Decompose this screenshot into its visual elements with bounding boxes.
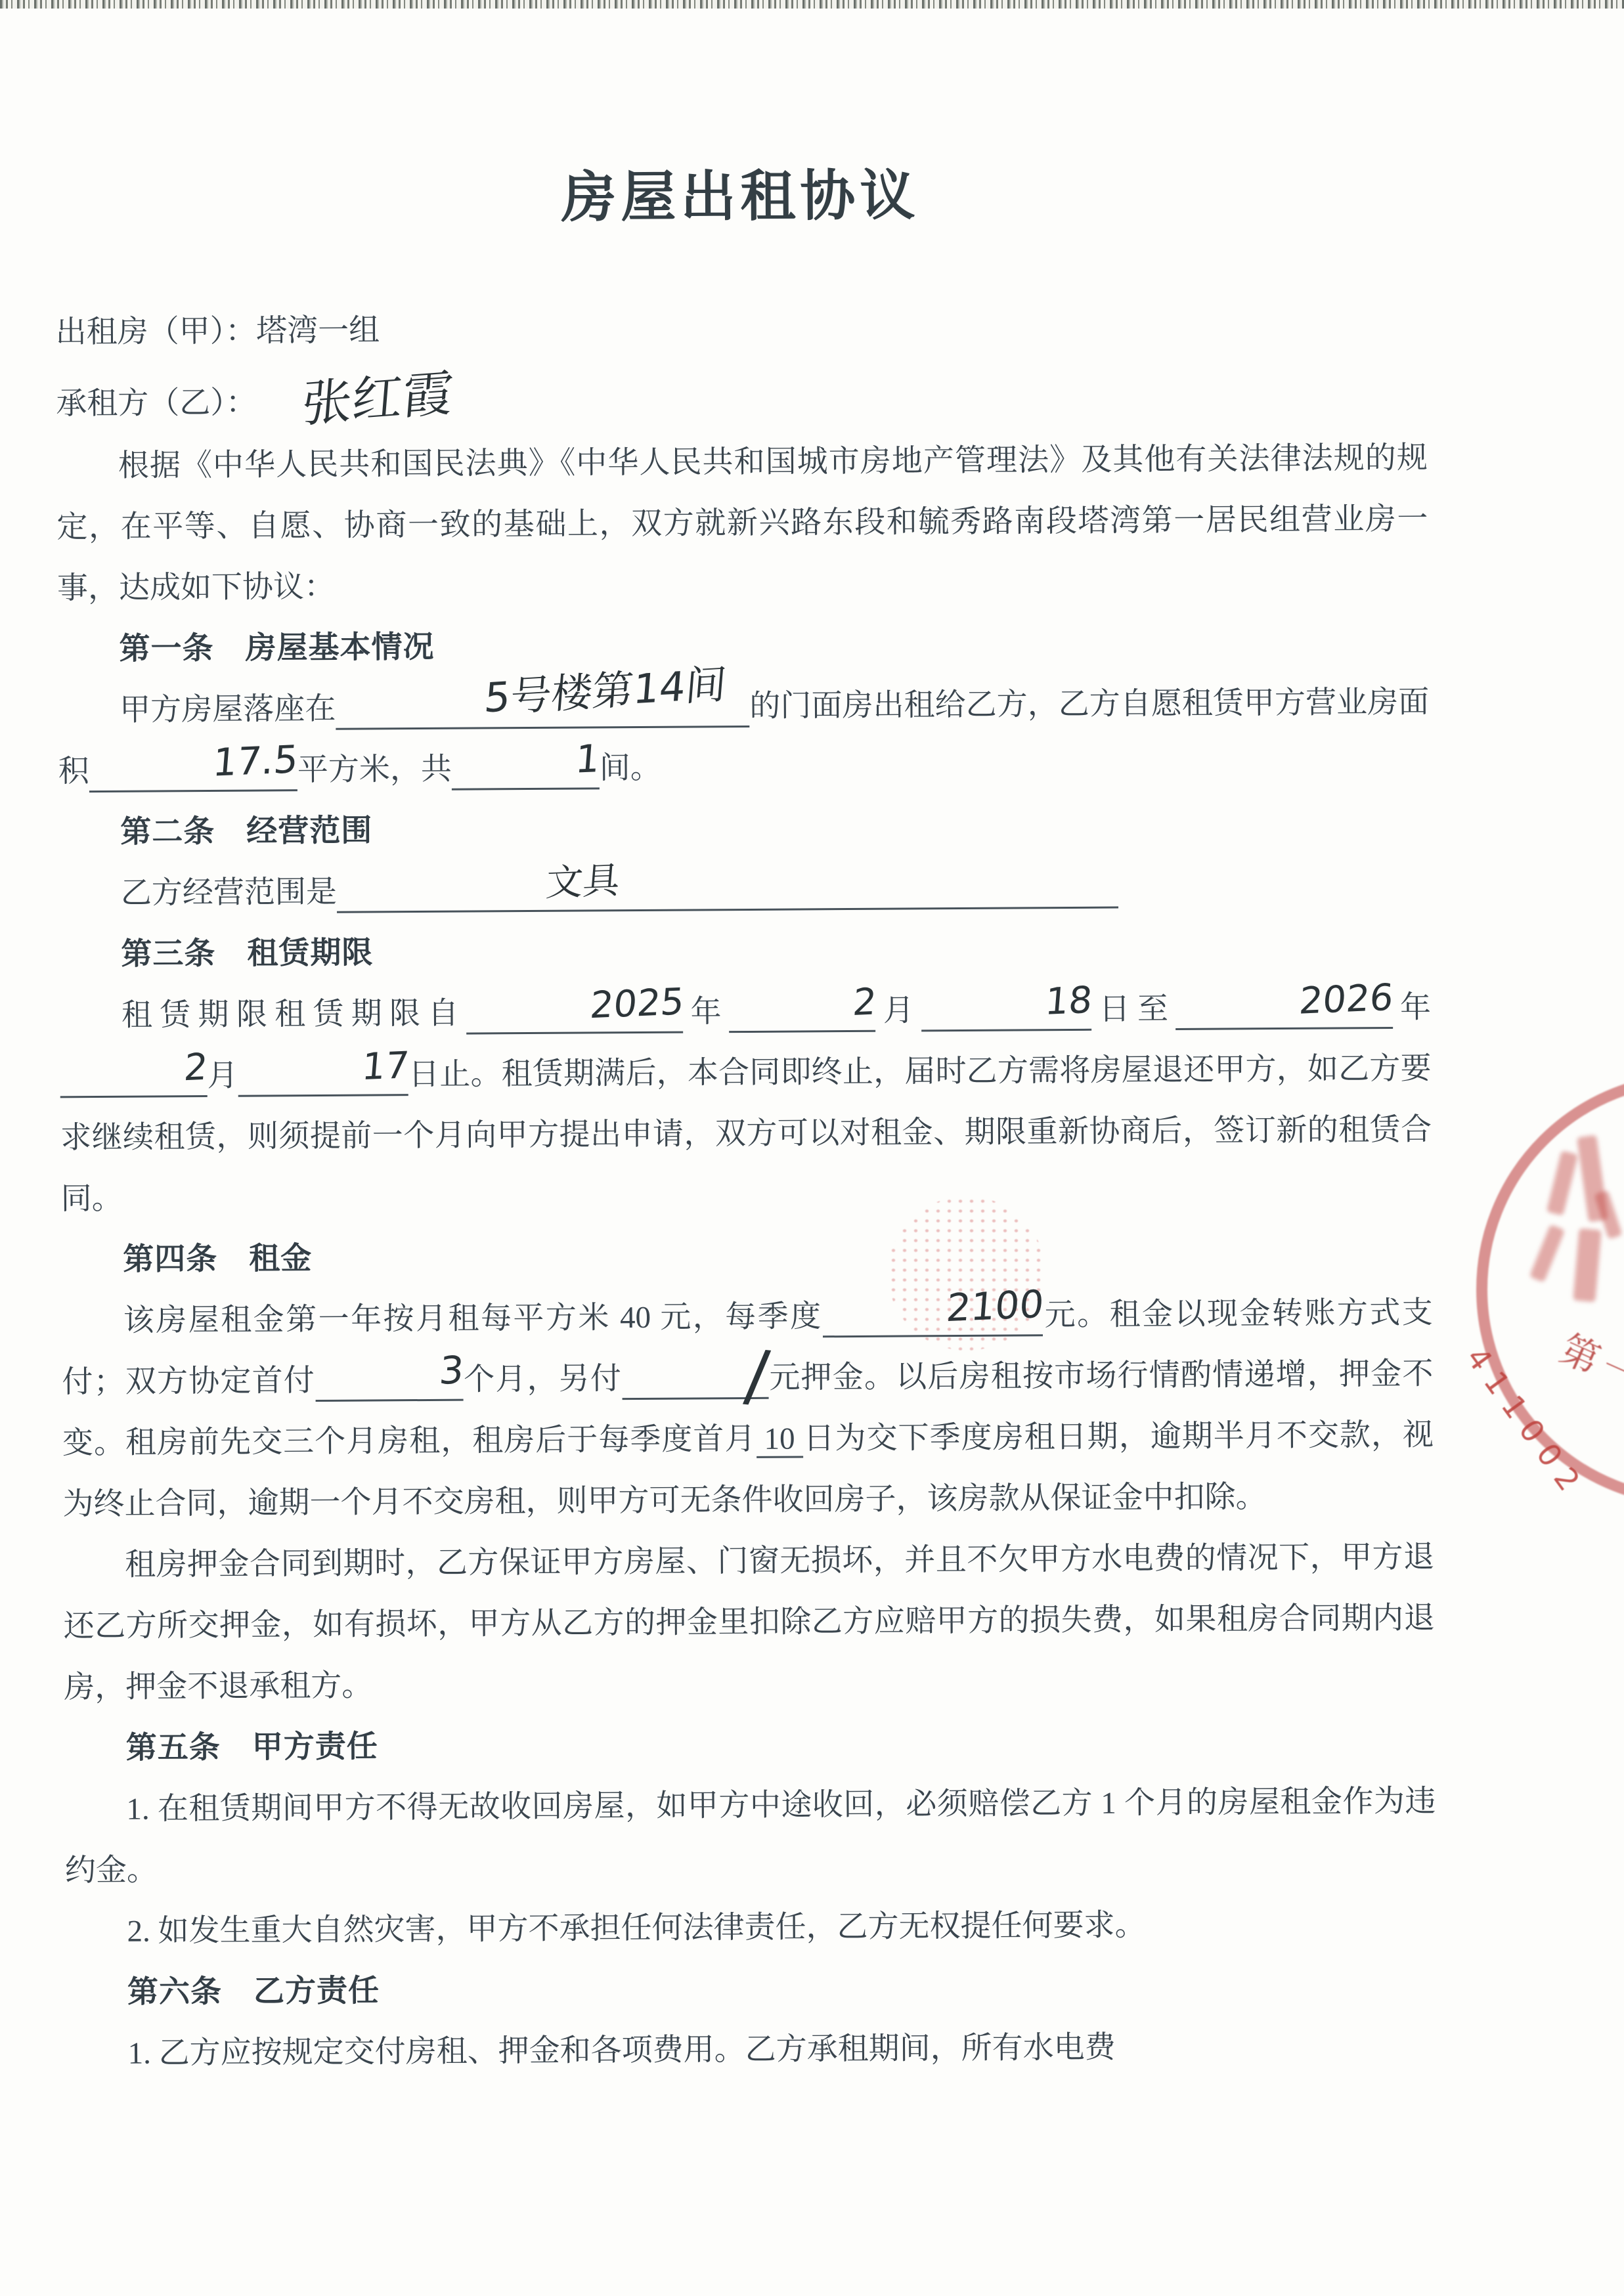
contract-body: 房屋出租协议 出租房（甲）：塔湾一组 承租方（乙）：张红霞 根据《中华人民共和国… [55,158,1437,2085]
article1-text: 甲方房屋落座在 [120,692,336,727]
article4-text: 个月，另付 [463,1362,623,1397]
article3-text: 月 [875,993,921,1028]
handwritten-area: 17.5 [150,740,300,784]
blank-start-day: 18 [921,989,1092,1032]
handwritten-end-year: 2026 [1236,979,1395,1024]
intro-paragraph: 根据《中华人民共和国民法典》《中华人民共和国城市房地产管理法》及其他有关法律法规… [56,428,1429,620]
article1-text: 平方米，共 [297,752,452,787]
article3-text: 年 [683,995,729,1029]
blank-start-year: 2025 [466,991,683,1035]
blank-end-month: 2 [60,1055,207,1098]
lessor-name: 塔湾一组 [256,313,380,348]
handwritten-start-year: 2025 [527,983,686,1028]
handwritten-end-day: 17 [299,1047,411,1089]
article5-item-2: 2. 如发生重大自然灾害，甲方不承担任何法律责任，乙方无权提任何要求。 [65,1894,1437,1963]
article3-text: 月 [207,1059,238,1093]
lessor-label: 出租房（甲）： [55,314,256,350]
article2-text: 乙方经营范围是 [121,875,337,911]
article4-paragraph-2: 租房押金合同到期时，乙方保证甲方房屋、门窗无损坏，并且不欠甲方水电费的情况下，甲… [63,1527,1436,1719]
handwritten-prepaid-months: 3 [376,1351,465,1392]
handwritten-room-count: 1 [512,739,602,781]
article1-paragraph: 甲方房屋落座在5号楼第14间的门面房出租给乙方，乙方自愿租赁甲方营业房面积17.… [58,672,1430,803]
page-title: 房屋出租协议 [55,158,1426,238]
blank-room-count: 1 [452,746,600,790]
article5-item-1: 1. 在租赁期间甲方不得无故收回房屋，如甲方中途收回，必须赔偿乙方 1 个月的房… [64,1771,1436,1902]
official-seal: 第一 411002 [1476,1073,1624,1506]
scan-edge-artifact [0,0,1624,9]
lessor-line: 出租房（甲）：塔湾一组 [55,293,1427,365]
blank-location: 5号楼第14间 [336,683,749,730]
handwritten-quarterly-rent: 2100 [883,1285,1045,1330]
article6-item-1: 1. 乙方应按规定交付房租、押金和各项费用。乙方承租期间，所有水电费 [66,2016,1437,2085]
due-day-underlined: 10 [756,1421,802,1458]
article6-heading: 第六条 乙方责任 [66,1955,1437,2024]
scanned-contract-page: 第一 411002 房屋出租协议 出租房（甲）：塔湾一组 承租方（乙）：张红霞 … [0,0,1624,2296]
blank-prepaid-months: 3 [315,1358,463,1402]
article2-paragraph: 乙方经营范围是文具 [59,856,1431,925]
article3-text: 日至 [1091,992,1175,1027]
article3-text: 租赁期限租赁期限自 [121,997,466,1033]
article1-text: 间。 [600,751,661,786]
blank-area: 17.5 [89,748,298,792]
article3-heading: 第三条 租赁期限 [59,917,1431,986]
article4-text: 该房屋租金第一年按月租每平方米 40 元，每季度 [123,1299,823,1338]
article4-heading: 第四条 租金 [61,1222,1433,1291]
handwritten-business-scope: 文具 [483,862,621,905]
blank-quarterly-rent: 2100 [822,1293,1043,1337]
article1-heading: 第一条 房屋基本情况 [57,611,1429,681]
article3-text: 年 [1393,991,1432,1025]
blank-business-scope: 文具 [337,867,1118,913]
handwritten-end-month: 2 [121,1049,209,1090]
blank-end-year: 2026 [1175,987,1393,1030]
handwritten-start-day: 18 [982,982,1094,1024]
lessee-label: 承租方（乙）： [56,386,257,422]
article2-heading: 第二条 经营范围 [58,794,1430,864]
article4-paragraph-1: 该房屋租金第一年按月租每平方米 40 元，每季度2100元。租金以现金转账方式支… [62,1283,1434,1536]
blank-start-month: 2 [729,990,876,1033]
article5-heading: 第五条 甲方责任 [64,1710,1436,1780]
handwritten-deposit-slash: / [684,1368,768,1377]
lessee-line: 承租方（乙）：张红霞 [56,357,1428,437]
handwritten-start-month: 2 [789,984,878,1025]
article3-paragraph: 租赁期限租赁期限自2025年2月18日至2026年2月17日止。租赁期满后，本合… [60,978,1432,1230]
blank-end-day: 17 [238,1054,408,1097]
handwritten-lessee-name: 张红霞 [299,361,455,436]
blank-deposit: / [622,1359,768,1400]
